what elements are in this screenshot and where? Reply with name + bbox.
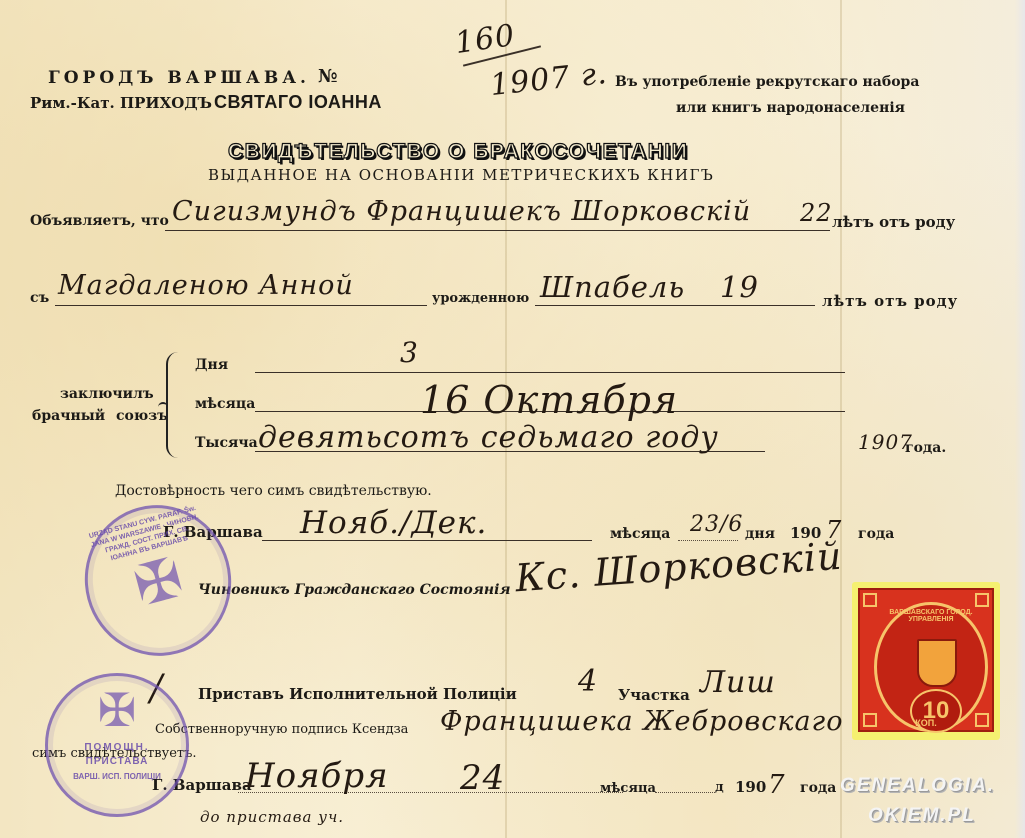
police-day: 24 — [460, 758, 505, 798]
purpose-line-1: Въ употребленіе рекрутскаго набора — [615, 74, 919, 90]
police-seal-line-3: ВАРШ. ИСП. ПОЛИЦІИ — [48, 772, 186, 781]
police-year-suffix: года — [800, 780, 836, 796]
purpose-line-2: или книгъ народонаселенія — [676, 100, 905, 116]
groom-name: Сигизмундъ Францишекъ Шорковскій — [172, 196, 751, 227]
police-title: Приставъ Исполнительной Полиціи — [198, 685, 517, 703]
coat-of-arms-siren-icon — [917, 639, 957, 687]
bride-maiden-name: Шпабель — [540, 270, 685, 304]
bride-name-line — [55, 305, 427, 306]
groom-age-suffix: лѣтъ отъ роду — [832, 213, 955, 231]
police-day-line — [655, 792, 715, 793]
marriage-label-1: заключилъ — [60, 386, 154, 402]
stamp-corner — [863, 593, 877, 607]
day-line — [255, 372, 845, 373]
day-value: 3 — [400, 336, 419, 369]
watermark-line-2: OKIEM.PL — [868, 805, 976, 827]
year-suffix: года. — [905, 440, 946, 456]
police-year-prefix: 190 — [735, 778, 766, 796]
groom-label: Объявляетъ, что — [30, 213, 169, 229]
precinct-number: 4 — [578, 664, 598, 699]
bride-age-suffix: лѣтъ отъ роду — [822, 292, 958, 310]
attestation-month-label: мѣсяца — [610, 526, 670, 542]
police-signature: Лиш — [700, 665, 776, 700]
certificate-subtitle: ВЫДАННОЕ НА ОСНОВАНІИ МЕТРИЧЕСКИХЪ КНИГЪ — [208, 166, 714, 184]
attestation-text: Достовѣрность чего симъ свидѣтельствую. — [115, 483, 432, 499]
police-year-digit: 7 — [768, 770, 786, 800]
parish-name: СВЯТАГО ІОАННА — [214, 92, 382, 113]
paper-edge — [1015, 0, 1025, 838]
bride-maiden-line — [535, 305, 815, 306]
precinct-label: Участка — [618, 686, 690, 704]
year-label: Тысяча — [195, 435, 258, 451]
attestation-month: Нояб./Дек. — [300, 505, 487, 541]
groom-name-line — [165, 230, 830, 231]
groom-age: 22 — [800, 199, 833, 227]
revenue-stamp-currency: КОП. — [860, 718, 992, 728]
revenue-stamp-oval: ВАРШАВСКАГО ГОРОД. УПРАВЛЕНІЯ 10 — [874, 602, 988, 732]
city-heading: ГОРОДЪ ВАРШАВА. — [48, 68, 310, 88]
brace-bracket — [166, 352, 182, 458]
bride-name: Магдаленою Анной — [58, 270, 354, 301]
certificate-title: СВИДѢТЕЛЬСТВО О БРАКОСОЧЕТАНІИ — [228, 140, 688, 164]
month-label: мѣсяца — [195, 396, 255, 412]
bride-age: 19 — [720, 270, 759, 304]
revenue-stamp: ВАРШАВСКАГО ГОРОД. УПРАВЛЕНІЯ 10 КОП. — [852, 582, 1000, 740]
police-seal-line-2: ПРИСТАВА — [48, 756, 186, 767]
attestation-year-suffix: года — [858, 526, 894, 542]
police-seal: ✠ ПОМОЩН. ПРИСТАВА ВАРШ. ИСП. ПОЛИЦІИ — [45, 673, 189, 817]
attestation-day: 23/6 — [690, 512, 743, 537]
parish-prefix: Рим.-Кат. ПРИХОДЪ — [30, 94, 212, 112]
priest-name: Францишека Жебровскаго — [440, 706, 843, 737]
police-day-label: д — [715, 780, 724, 795]
born-label: урожденною — [432, 291, 529, 306]
day-label: Дня — [195, 357, 228, 373]
priest-signature-line: Собственноручную подпись Ксендза — [155, 722, 408, 737]
double-headed-eagle-icon: ✠ — [82, 680, 152, 740]
police-month-label: мѣсяца — [600, 781, 656, 796]
police-seal-line-1: ПОМОЩН. — [48, 742, 186, 753]
watermark-line-1: GENEALOGIA. — [840, 775, 995, 797]
number-label: № — [318, 66, 338, 87]
year-value-words: девятьсотъ седьмаго году — [258, 420, 719, 455]
stamp-corner — [975, 593, 989, 607]
official-title: Чиновникъ Гражданскаго Состоянія — [198, 582, 511, 598]
revenue-stamp-arc-text: ВАРШАВСКАГО ГОРОД. УПРАВЛЕНІЯ — [883, 609, 979, 623]
police-note: до пристава уч. — [200, 808, 344, 826]
revenue-stamp-frame: ВАРШАВСКАГО ГОРОД. УПРАВЛЕНІЯ 10 КОП. — [858, 588, 994, 732]
police-month: Ноября — [245, 756, 389, 796]
marriage-label-2: брачный союзъ — [32, 408, 168, 424]
bride-label: съ — [30, 290, 49, 306]
month-value: 16 Октября — [420, 378, 678, 422]
